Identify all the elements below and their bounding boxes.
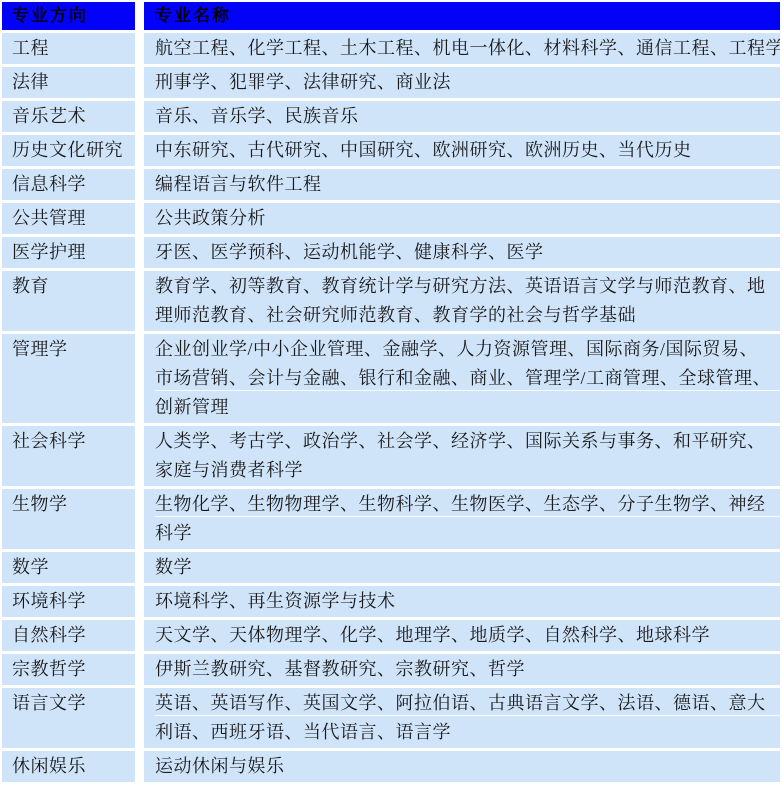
- field-label: 法律: [12, 68, 135, 97]
- field-label: 自然科学: [12, 621, 135, 650]
- majors-cell: 数学: [144, 552, 780, 583]
- majors-text-line: 天文学、天体物理学、化学、地理学、地质学、自然科学、地球科学: [155, 621, 780, 650]
- majors-text-line: 人类学、考古学、政治学、社会学、经济学、国际关系与事务、和平研究、: [155, 427, 780, 456]
- majors-text-line: 企业创业学/中小企业管理、金融学、人力资源管理、国际商务/国际贸易、: [155, 335, 780, 364]
- majors-cell: 环境科学、再生资源学与技术: [144, 586, 780, 617]
- majors-text-line: 中东研究、古代研究、中国研究、欧洲研究、欧洲历史、当代历史: [155, 136, 780, 165]
- field-label: 公共管理: [12, 204, 135, 233]
- majors-cell: 刑事学、犯罪学、法律研究、商业法: [144, 67, 780, 98]
- majors-cell: 生物化学、生物物理学、生物科学、生物医学、生态学、分子生物学、神经科学: [144, 489, 780, 549]
- majors-cell: 中东研究、古代研究、中国研究、欧洲研究、欧洲历史、当代历史: [144, 135, 780, 166]
- field-label: 信息科学: [12, 170, 135, 199]
- field-cell: 工程: [2, 33, 135, 64]
- majors-cell: 教育学、初等教育、教育统计学与研究方法、英语语言文学与师范教育、地理师范教育、社…: [144, 271, 780, 331]
- table-row: 工程 航空工程、化学工程、土木工程、机电一体化、材料科学、通信工程、工程学: [2, 33, 780, 64]
- field-cell: 社会科学: [2, 426, 135, 486]
- field-label: 社会科学: [12, 427, 135, 456]
- field-label: 数学: [12, 553, 135, 582]
- majors-text-line: 刑事学、犯罪学、法律研究、商业法: [155, 68, 780, 97]
- majors-text-line: 英语、英语写作、英国文学、阿拉伯语、古典语言文学、法语、德语、意大: [155, 689, 780, 718]
- field-cell: 历史文化研究: [2, 135, 135, 166]
- majors-cell: 航空工程、化学工程、土木工程、机电一体化、材料科学、通信工程、工程学: [144, 33, 780, 64]
- table-body: 工程 航空工程、化学工程、土木工程、机电一体化、材料科学、通信工程、工程学 法律…: [2, 33, 780, 782]
- majors-cell: 运动休闲与娱乐: [144, 751, 780, 782]
- field-label: 环境科学: [12, 587, 135, 616]
- table-row: 语言文学 英语、英语写作、英国文学、阿拉伯语、古典语言文学、法语、德语、意大利语…: [2, 688, 780, 748]
- field-cell: 语言文学: [2, 688, 135, 748]
- majors-text-line: 市场营销、会计与金融、银行和金融、商业、管理学/工商管理、全球管理、: [155, 364, 780, 393]
- majors-cell: 人类学、考古学、政治学、社会学、经济学、国际关系与事务、和平研究、家庭与消费者科…: [144, 426, 780, 486]
- field-label: 医学护理: [12, 238, 135, 267]
- field-label: 管理学: [12, 335, 135, 364]
- majors-text-line: 牙医、医学预科、运动机能学、健康科学、医学: [155, 238, 780, 267]
- majors-cell: 英语、英语写作、英国文学、阿拉伯语、古典语言文学、法语、德语、意大利语、西班牙语…: [144, 688, 780, 748]
- majors-cell: 伊斯兰教研究、基督教研究、宗教研究、哲学: [144, 654, 780, 685]
- table-row: 信息科学 编程语言与软件工程: [2, 169, 780, 200]
- table-row: 宗教哲学 伊斯兰教研究、基督教研究、宗教研究、哲学: [2, 654, 780, 685]
- field-cell: 医学护理: [2, 237, 135, 268]
- majors-text-line: 伊斯兰教研究、基督教研究、宗教研究、哲学: [155, 655, 780, 684]
- table-row: 公共管理 公共政策分析: [2, 203, 780, 234]
- majors-text-line: 理师范教育、社会研究师范教育、教育学的社会与哲学基础: [155, 301, 780, 330]
- field-cell: 环境科学: [2, 586, 135, 617]
- field-label: 休闲娱乐: [12, 752, 135, 781]
- field-cell: 音乐艺术: [2, 101, 135, 132]
- field-label: 音乐艺术: [12, 102, 135, 131]
- column-header-majors: 专业名称: [144, 2, 780, 30]
- field-cell: 宗教哲学: [2, 654, 135, 685]
- column-header-field: 专业方向: [2, 2, 135, 30]
- majors-cell: 编程语言与软件工程: [144, 169, 780, 200]
- field-label: 生物学: [12, 490, 135, 519]
- majors-text-line: 环境科学、再生资源学与技术: [155, 587, 780, 616]
- table-row: 休闲娱乐 运动休闲与娱乐: [2, 751, 780, 782]
- majors-text-line: 音乐、音乐学、民族音乐: [155, 102, 780, 131]
- field-cell: 休闲娱乐: [2, 751, 135, 782]
- table-row: 自然科学 天文学、天体物理学、化学、地理学、地质学、自然科学、地球科学: [2, 620, 780, 651]
- field-cell: 公共管理: [2, 203, 135, 234]
- majors-text-line: 家庭与消费者科学: [155, 456, 780, 485]
- majors-text-line: 教育学、初等教育、教育统计学与研究方法、英语语言文学与师范教育、地: [155, 272, 780, 301]
- field-cell: 教育: [2, 271, 135, 331]
- majors-table: 专业方向 专业名称 工程 航空工程、化学工程、土木工程、机电一体化、材料科学、通…: [0, 0, 782, 784]
- table-row: 历史文化研究 中东研究、古代研究、中国研究、欧洲研究、欧洲历史、当代历史: [2, 135, 780, 166]
- field-cell: 法律: [2, 67, 135, 98]
- field-label: 教育: [12, 272, 135, 301]
- field-cell: 生物学: [2, 489, 135, 549]
- majors-text-line: 编程语言与软件工程: [155, 170, 780, 199]
- field-label: 语言文学: [12, 689, 135, 718]
- table-row: 环境科学 环境科学、再生资源学与技术: [2, 586, 780, 617]
- table-row: 管理学 企业创业学/中小企业管理、金融学、人力资源管理、国际商务/国际贸易、市场…: [2, 334, 780, 423]
- field-cell: 自然科学: [2, 620, 135, 651]
- majors-cell: 公共政策分析: [144, 203, 780, 234]
- table-row: 医学护理 牙医、医学预科、运动机能学、健康科学、医学: [2, 237, 780, 268]
- field-cell: 信息科学: [2, 169, 135, 200]
- field-label: 历史文化研究: [12, 136, 135, 165]
- table-row: 生物学 生物化学、生物物理学、生物科学、生物医学、生态学、分子生物学、神经科学: [2, 489, 780, 549]
- majors-cell: 天文学、天体物理学、化学、地理学、地质学、自然科学、地球科学: [144, 620, 780, 651]
- majors-cell: 音乐、音乐学、民族音乐: [144, 101, 780, 132]
- majors-text-line: 利语、西班牙语、当代语言、语言学: [155, 718, 780, 747]
- majors-cell: 牙医、医学预科、运动机能学、健康科学、医学: [144, 237, 780, 268]
- table-header-row: 专业方向 专业名称: [2, 2, 780, 30]
- field-label: 工程: [12, 34, 135, 63]
- majors-text-line: 航空工程、化学工程、土木工程、机电一体化、材料科学、通信工程、工程学: [155, 34, 780, 63]
- field-label: 宗教哲学: [12, 655, 135, 684]
- table-row: 教育 教育学、初等教育、教育统计学与研究方法、英语语言文学与师范教育、地理师范教…: [2, 271, 780, 331]
- majors-text-line: 运动休闲与娱乐: [155, 752, 780, 781]
- field-cell: 数学: [2, 552, 135, 583]
- table-row: 数学 数学: [2, 552, 780, 583]
- majors-text-line: 创新管理: [155, 393, 780, 422]
- majors-cell: 企业创业学/中小企业管理、金融学、人力资源管理、国际商务/国际贸易、市场营销、会…: [144, 334, 780, 423]
- table-row: 社会科学 人类学、考古学、政治学、社会学、经济学、国际关系与事务、和平研究、家庭…: [2, 426, 780, 486]
- table-row: 音乐艺术 音乐、音乐学、民族音乐: [2, 101, 780, 132]
- majors-text-line: 生物化学、生物物理学、生物科学、生物医学、生态学、分子生物学、神经: [155, 490, 780, 519]
- majors-text-line: 科学: [155, 519, 780, 548]
- majors-text-line: 公共政策分析: [155, 204, 780, 233]
- field-cell: 管理学: [2, 334, 135, 423]
- majors-text-line: 数学: [155, 553, 780, 582]
- table-row: 法律 刑事学、犯罪学、法律研究、商业法: [2, 67, 780, 98]
